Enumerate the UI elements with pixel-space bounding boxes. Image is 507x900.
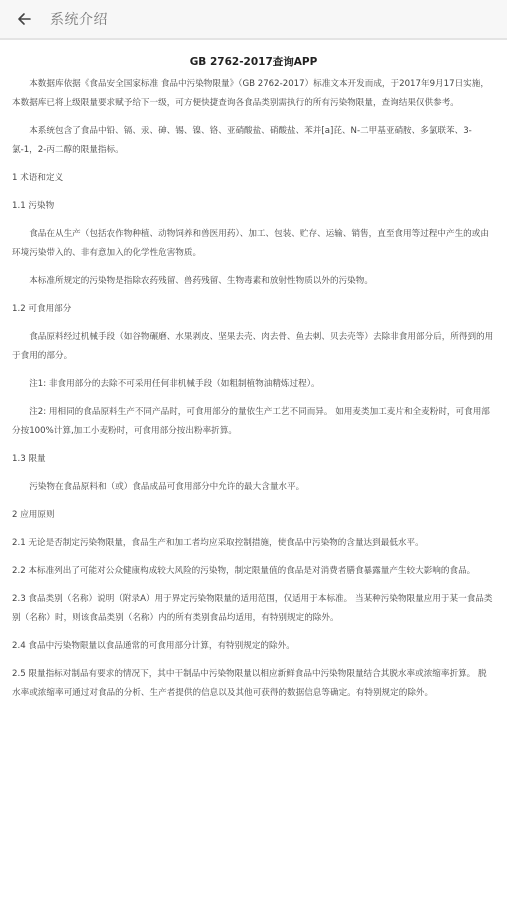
- body-paragraph: 食品在从生产（包括农作物种植、动物饲养和兽医用药）、加工、包装、贮存、运输、销售…: [12, 225, 495, 263]
- paragraph-list: 本数据库依据《食品安全国家标准 食品中污染物限量》（GB 2762-2017）标…: [12, 75, 495, 703]
- body-paragraph: 本标准所规定的污染物是指除农药残留、兽药残留、生物毒素和放射性物质以外的污染物。: [12, 272, 495, 291]
- section-heading: 1.3 限量: [12, 450, 495, 469]
- body-paragraph: 污染物在食品原料和（或）食品成品可食用部分中允许的最大含量水平。: [12, 478, 495, 497]
- section-heading: 1.1 污染物: [12, 197, 495, 216]
- body-paragraph: 食品原料经过机械手段（如谷物碾磨、水果剥皮、坚果去壳、肉去骨、鱼去刺、贝去壳等）…: [12, 328, 495, 366]
- document-content: GB 2762-2017查询APP 本数据库依据《食品安全国家标准 食品中污染物…: [0, 40, 507, 703]
- section-heading: 2.3 食品类别（名称）说明（附录A）用于界定污染物限量的适用范围，仅适用于本标…: [12, 590, 495, 628]
- section-heading: 2.4 食品中污染物限量以食品通常的可食用部分计算，有特别规定的除外。: [12, 637, 495, 656]
- section-heading: 1 术语和定义: [12, 169, 495, 188]
- body-paragraph: 注2: 用相同的食品原料生产不同产品时，可食用部分的量依生产工艺不同而异。 如用…: [12, 403, 495, 441]
- document-title: GB 2762-2017查询APP: [12, 54, 495, 69]
- section-heading: 2.1 无论是否制定污染物限量，食品生产和加工者均应采取控制措施，使食品中污染物…: [12, 534, 495, 553]
- body-paragraph: 注1: 非食用部分的去除不可采用任何非机械手段（如粗制植物油精炼过程）。: [12, 375, 495, 394]
- body-paragraph: 本系统包含了食品中铅、镉、汞、砷、锡、镍、铬、亚硝酸盐、硝酸盐、苯并[a]芘、N…: [12, 122, 495, 160]
- arrow-left-icon: [17, 12, 31, 26]
- section-heading: 2.5 限量指标对制品有要求的情况下，其中干制品中污染物限量以相应新鲜食品中污染…: [12, 665, 495, 703]
- body-paragraph: 本数据库依据《食品安全国家标准 食品中污染物限量》（GB 2762-2017）标…: [12, 75, 495, 113]
- back-button[interactable]: [14, 9, 34, 29]
- section-heading: 2 应用原则: [12, 506, 495, 525]
- app-bar: 系统介绍: [0, 0, 507, 40]
- section-heading: 2.2 本标准列出了可能对公众健康构成较大风险的污染物，制定限量值的食品是对消费…: [12, 562, 495, 581]
- section-heading: 1.2 可食用部分: [12, 300, 495, 319]
- page-title: 系统介绍: [50, 9, 108, 29]
